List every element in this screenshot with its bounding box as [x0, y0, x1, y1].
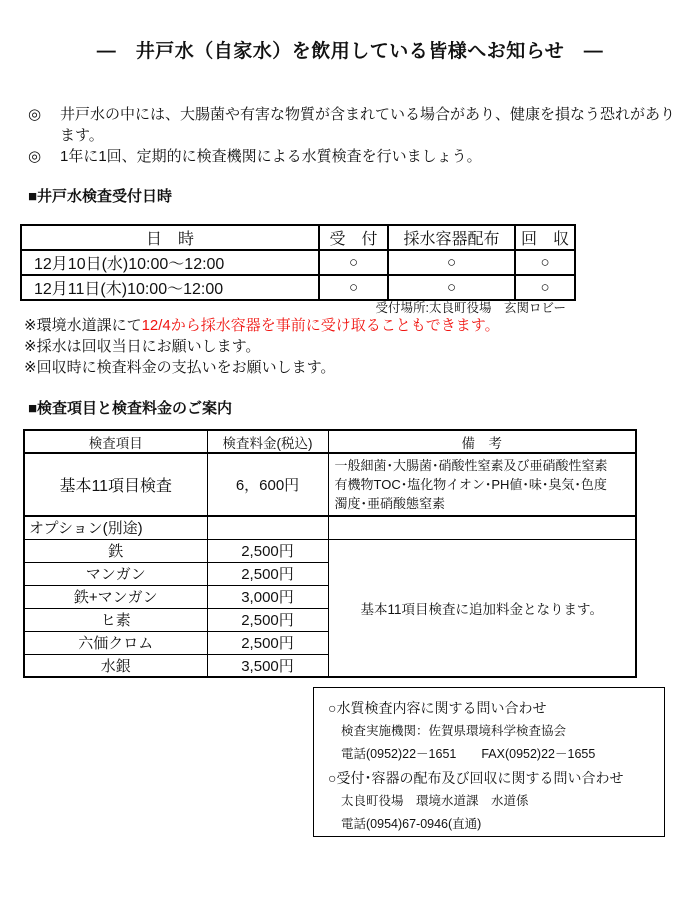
- cell-option-note: 基本11項目検査に追加料金となります。: [328, 539, 636, 677]
- column-header-remarks: 備 考: [328, 430, 636, 453]
- table-row: 12月11日(木)10:00～12:00 ○ ○ ○: [21, 275, 575, 300]
- asterisk-notes: ※環境水道課にて12/4から採水容器を事前に受け取ることもできます。 ※採水は回…: [24, 315, 500, 378]
- column-header-collection: 回 収: [515, 225, 575, 250]
- contact-info-box: ○水質検査内容に関する問い合わせ 検査実施機関：佐賀県環境科学検査協会 電話(0…: [313, 687, 665, 837]
- notice-text: 井戸水の中には、大腸菌や有害な物質が含まれている場合があり、健康を損なう恐れがあ…: [60, 104, 678, 146]
- column-header-datetime: 日 時: [21, 225, 319, 250]
- cell-empty: [207, 516, 328, 539]
- reception-location-note: 受付場所:太良町役場 玄関ロビー: [20, 298, 576, 316]
- table-row: 12月10日(水)10:00～12:00 ○ ○ ○: [21, 250, 575, 275]
- page-title: ― 井戸水（自家水）を飲用している皆様へお知らせ ―: [0, 36, 700, 63]
- inspection-fee-table: 検査項目 検査料金(税込) 備 考 基本11項目検査 6，600円 一般細菌･大…: [23, 429, 637, 678]
- notice-document: ― 井戸水（自家水）を飲用している皆様へお知らせ ― ◎ 井戸水の中には、大腸菌…: [0, 0, 700, 903]
- cell-empty: [328, 516, 636, 539]
- note-line: ※回収時に検査料金の支払いをお願いします。: [24, 357, 500, 378]
- contact-line: 電話(0952)22－1651 FAX(0952)22－1655: [314, 743, 664, 766]
- cell-reception-mark: ○: [319, 250, 388, 275]
- cell-collection-mark: ○: [515, 275, 575, 300]
- cell-item: 六価クロム: [24, 631, 207, 654]
- cell-price: 2,500円: [207, 539, 328, 562]
- note-prefix: ※環境水道課にて: [24, 317, 142, 334]
- cell-reception-mark: ○: [319, 275, 388, 300]
- cell-item: 水銀: [24, 654, 207, 677]
- note-prefix: ※採水は回収当日にお願いします。: [24, 338, 260, 355]
- contact-heading: ○受付･容器の配布及び回収に関する問い合わせ: [314, 766, 664, 790]
- note-line: ※環境水道課にて12/4から採水容器を事前に受け取ることもできます。: [24, 315, 500, 336]
- note-highlight-red: 12/4から採水容器を事前に受け取ることもできます。: [142, 317, 500, 334]
- cell-price: 6，600円: [207, 453, 328, 516]
- double-circle-bullet: ◎: [28, 146, 60, 167]
- cell-price: 3,500円: [207, 654, 328, 677]
- cell-datetime: 12月10日(水)10:00～12:00: [21, 250, 319, 275]
- notice-list: ◎ 井戸水の中には、大腸菌や有害な物質が含まれている場合があり、健康を損なう恐れ…: [28, 104, 678, 167]
- contact-line: 検査実施機関：佐賀県環境科学検査協会: [314, 720, 664, 743]
- contact-line: 電話(0954)67-0946(直通): [314, 813, 664, 836]
- cell-remarks: 一般細菌･大腸菌･硝酸性窒素及び亜硝酸性窒素 有機物TOC･塩化物イオン･PH値…: [328, 453, 636, 516]
- cell-item: 基本11項目検査: [24, 453, 207, 516]
- notice-item: ◎ 井戸水の中には、大腸菌や有害な物質が含まれている場合があり、健康を損なう恐れ…: [28, 104, 678, 146]
- column-header-reception: 受 付: [319, 225, 388, 250]
- notice-item: ◎ 1年に1回、定期的に検査機関による水質検査を行いましょう。: [28, 146, 678, 167]
- reception-schedule-table: 日 時 受 付 採水容器配布 回 収 12月10日(水)10:00～12:00 …: [20, 224, 576, 301]
- note-prefix: ※回収時に検査料金の支払いをお願いします。: [24, 359, 335, 376]
- table-row-option: 鉄 2,500円 基本11項目検査に追加料金となります。: [24, 539, 636, 562]
- remarks-line: 一般細菌･大腸菌･硝酸性窒素及び亜硝酸性窒素: [335, 456, 630, 475]
- column-header-fee: 検査料金(税込): [207, 430, 328, 453]
- cell-price: 2,500円: [207, 562, 328, 585]
- table-row-option-label: オプション(別途): [24, 516, 636, 539]
- cell-datetime: 12月11日(木)10:00～12:00: [21, 275, 319, 300]
- cell-price: 2,500円: [207, 631, 328, 654]
- table-header-row: 日 時 受 付 採水容器配布 回 収: [21, 225, 575, 250]
- notice-text: 1年に1回、定期的に検査機関による水質検査を行いましょう。: [60, 146, 678, 167]
- contact-line: 太良町役場 環境水道課 水道係: [314, 790, 664, 813]
- cell-price: 2,500円: [207, 608, 328, 631]
- cell-item: 鉄+マンガン: [24, 585, 207, 608]
- remarks-line: 濁度･亜硝酸態窒素: [335, 494, 630, 513]
- column-header-container-distribution: 採水容器配布: [388, 225, 515, 250]
- table-row-basic-inspection: 基本11項目検査 6，600円 一般細菌･大腸菌･硝酸性窒素及び亜硝酸性窒素 有…: [24, 453, 636, 516]
- column-header-item: 検査項目: [24, 430, 207, 453]
- cell-collection-mark: ○: [515, 250, 575, 275]
- table-header-row: 検査項目 検査料金(税込) 備 考: [24, 430, 636, 453]
- note-line: ※採水は回収当日にお願いします。: [24, 336, 500, 357]
- cell-item: マンガン: [24, 562, 207, 585]
- section-heading-inspection-fees: ■検査項目と検査料金のご案内: [28, 397, 232, 418]
- cell-price: 3,000円: [207, 585, 328, 608]
- contact-heading: ○水質検査内容に関する問い合わせ: [314, 696, 664, 720]
- cell-container-mark: ○: [388, 275, 515, 300]
- cell-option-label: オプション(別途): [24, 516, 207, 539]
- double-circle-bullet: ◎: [28, 104, 60, 146]
- remarks-line: 有機物TOC･塩化物イオン･PH値･味･臭気･色度: [335, 475, 630, 494]
- cell-item: 鉄: [24, 539, 207, 562]
- cell-container-mark: ○: [388, 250, 515, 275]
- cell-item: ヒ素: [24, 608, 207, 631]
- section-heading-reception-schedule: ■井戸水検査受付日時: [28, 185, 172, 206]
